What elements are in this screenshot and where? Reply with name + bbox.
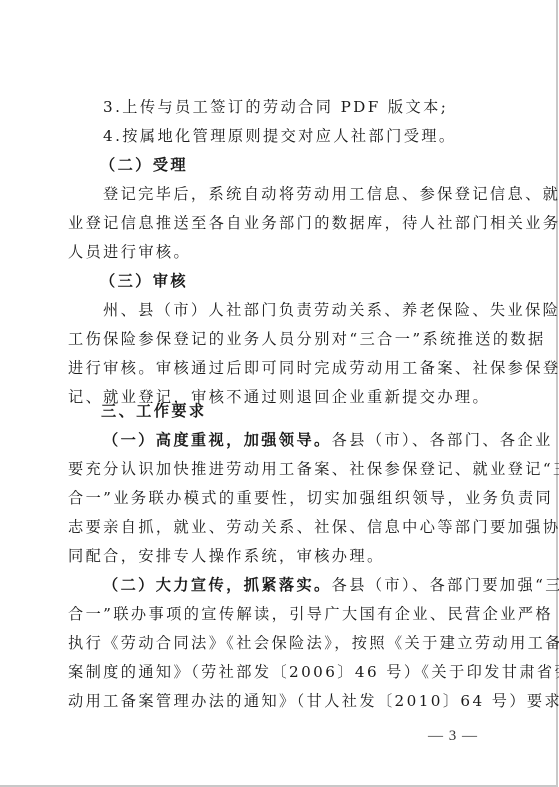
- paragraph-line: 同配合，安排专人操作系统，审核办理。: [68, 546, 480, 566]
- paragraph-text: 各县（市）、各部门要加强“三: [332, 576, 559, 594]
- paragraph-line: 登记完毕后，系统自动将劳动用工信息、参保登记信息、就: [103, 184, 480, 204]
- paragraph-line: （二）大力宣传，抓紧落实。各县（市）、各部门要加强“三: [103, 575, 480, 595]
- paragraph-line: 工伤保险参保登记的业务人员分别对“三合一”系统推送的数据: [68, 329, 480, 349]
- bold-lead: （二）大力宣传，抓紧落实。: [103, 576, 332, 594]
- paragraph-line: 进行审核。审核通过后即可同时完成劳动用工备案、社保参保登: [68, 358, 480, 378]
- paragraph-line: 执行《劳动合同法》《社会保险法》，按照《关于建立劳动用工备: [68, 633, 480, 653]
- paragraph-text: 各县（市）、各部门、各企业: [332, 431, 553, 449]
- paragraph-line: 志要亲自抓，就业、劳动关系、社保、信息中心等部门要加强协: [68, 517, 480, 537]
- paragraph-line: 人员进行审核。: [68, 242, 480, 262]
- paragraph-line: 业登记信息推送至各自业务部门的数据库，待人社部门相关业务: [68, 213, 480, 233]
- paragraph-line: （一）高度重视，加强领导。各县（市）、各部门、各企业: [103, 430, 480, 450]
- paragraph-line: 州、县（市）人社部门负责劳动关系、养老保险、失业保险、: [103, 300, 480, 320]
- list-item-4: 4.按属地化管理原则提交对应人社部门受理。: [103, 126, 480, 146]
- paragraph-line: 要充分认识加快推进劳动用工备案、社保参保登记、就业登记“三: [68, 459, 480, 479]
- subheading-review: （三）审核: [100, 271, 477, 291]
- page-number: — 3 —: [428, 728, 478, 745]
- section-heading-work-requirements: 三、工作要求: [101, 401, 478, 421]
- paragraph-line: 合一”联办事项的宣传解读，引导广大国有企业、民营企业严格: [68, 604, 480, 624]
- list-item-3: 3.上传与员工签订的劳动合同 PDF 版文本;: [103, 97, 480, 117]
- paragraph-line: 案制度的通知》（劳社部发〔2006〕46 号）《关于印发甘肃省劳: [68, 662, 480, 682]
- paragraph-line: 合一”业务联办模式的重要性，切实加强组织领导，业务负责同: [68, 488, 480, 508]
- paragraph-line: 动用工备案管理办法的通知》（甘人社发〔2010〕64 号）要求，: [68, 691, 480, 711]
- subheading-acceptance: （二）受理: [100, 155, 477, 175]
- bold-lead: （一）高度重视，加强领导。: [103, 431, 332, 449]
- document-page: 3.上传与员工签订的劳动合同 PDF 版文本; 4.按属地化管理原则提交对应人社…: [0, 0, 558, 787]
